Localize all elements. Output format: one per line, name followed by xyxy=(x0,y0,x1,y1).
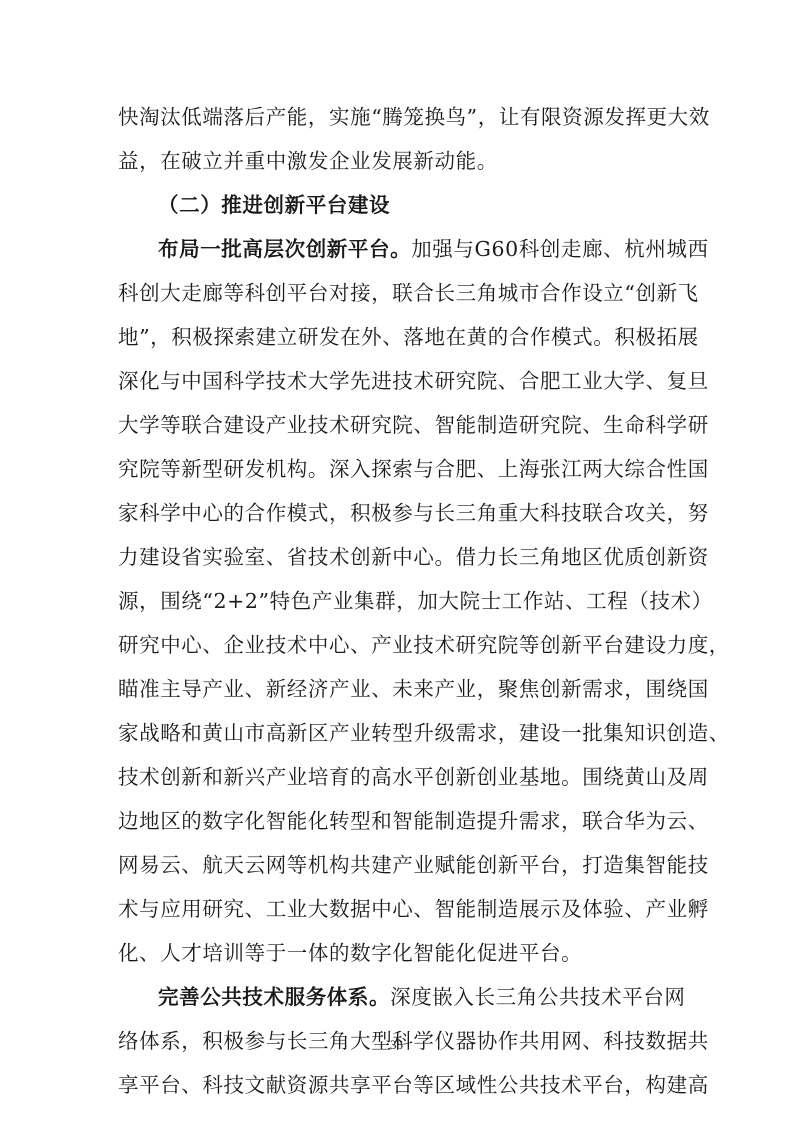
body-text-line: 科创大走廊等科创平台对接，联合长三角城市合作设立“创新飞 xyxy=(118,279,678,307)
body-text-line: 源，围绕“2+2”特色产业集群，加大院士工作站、工程（技术） xyxy=(118,587,678,615)
body-text-line: 技术创新和新兴产业培育的高水平创新创业基地。围绕黄山及周 xyxy=(118,763,678,791)
body-text-line: 享平台、科技文献资源共享平台等区域性公共技术平台，构建高 xyxy=(118,1071,678,1099)
body-text-line: 家科学中心的合作模式，积极参与长三角重大科技联合攻关，努 xyxy=(118,499,678,527)
paragraph-lead-title: 完善公共技术服务体系。 xyxy=(158,985,390,1009)
section-heading: （二）推进创新平台建设 xyxy=(158,191,390,219)
body-text-line: 化、人才培训等于一体的数字化智能化促进平台。 xyxy=(118,939,678,967)
body-text-line: 研究中心、企业技术中心、产业技术研究院等创新平台建设力度， xyxy=(118,631,678,659)
body-text-line: 网易云、航天云网等机构共建产业赋能创新平台，打造集智能技 xyxy=(118,851,678,879)
body-text-line: 术与应用研究、工业大数据中心、智能制造展示及体验、产业孵 xyxy=(118,895,678,923)
body-text-line: 力建设省实验室、省技术创新中心。借力长三角地区优质创新资 xyxy=(118,543,678,571)
document-page: 快淘汰低端落后产能，实施“腾笼换鸟”，让有限资源发挥更大效 益，在破立并重中激发… xyxy=(0,0,793,1122)
body-text-line: 大学等联合建设产业技术研究院、智能制造研究院、生命科学研 xyxy=(118,411,678,439)
paragraph-first-line: 完善公共技术服务体系。深度嵌入长三角公共技术平台网 xyxy=(158,983,678,1011)
body-text-line: 益，在破立并重中激发企业发展新动能。 xyxy=(118,147,678,175)
paragraph-lead-title: 布局一批高层次创新平台。 xyxy=(158,237,411,261)
body-text-line: 深化与中国科学技术大学先进技术研究院、合肥工业大学、复旦 xyxy=(118,367,678,395)
body-text-line: 边地区的数字化智能化转型和智能制造提升需求，联合华为云、 xyxy=(118,807,678,835)
body-text-line: 地”，积极探索建立研发在外、落地在黄的合作模式。积极拓展 xyxy=(118,323,678,351)
body-text-line: 家战略和黄山市高新区产业转型升级需求，建设一批集知识创造、 xyxy=(118,719,678,747)
body-text-line: 快淘汰低端落后产能，实施“腾笼换鸟”，让有限资源发挥更大效 xyxy=(118,103,678,131)
page-number: 38 xyxy=(0,1037,793,1053)
body-text-line: 瞄准主导产业、新经济产业、未来产业，聚焦创新需求，围绕国 xyxy=(118,675,678,703)
body-text-line: 究院等新型研发机构。深入探索与合肥、上海张江两大综合性国 xyxy=(118,455,678,483)
paragraph-text: 深度嵌入长三角公共技术平台网 xyxy=(390,985,685,1009)
paragraph-text: 加强与G60科创走廊、杭州城西 xyxy=(411,237,708,261)
paragraph-first-line: 布局一批高层次创新平台。加强与G60科创走廊、杭州城西 xyxy=(158,235,678,263)
